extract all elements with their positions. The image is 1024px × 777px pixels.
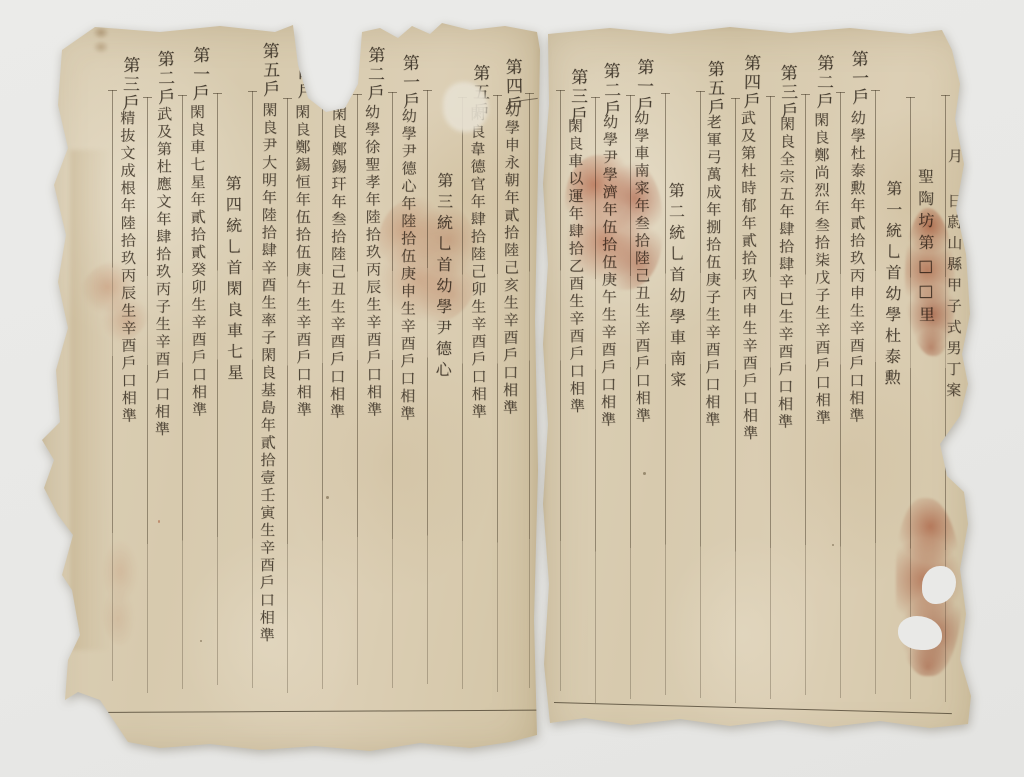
household-text: 幼學杜泰勲年貳拾玖丙申生辛酉戶口相準 xyxy=(848,110,865,425)
right-sheet-paper: 月 日蔚山縣甲子式男丁案 聖陶坊第□□里 第一統乚首幼學杜泰勲 第一戶 幼學杜泰… xyxy=(540,24,980,750)
red-seal-tong3 xyxy=(378,198,478,322)
household-text: 幼學申永朝年貳拾陸己亥生辛酉戶口相準 xyxy=(502,102,519,417)
tong-header-column: 第一統乚首幼學杜泰勲 xyxy=(883,180,901,390)
household-label: 第一戶 xyxy=(634,58,652,115)
household-label: 第三戶 xyxy=(330,50,348,107)
household-label: 第一戶 xyxy=(400,54,418,111)
household-text: 閑良尹大明年陸拾肆辛酉生率子閑良基島年貳拾壹壬寅生辛酉戶口相準 xyxy=(259,102,277,645)
ink-speck xyxy=(643,472,646,475)
household-label: 第五戶 xyxy=(260,42,278,99)
household-text: 武及第杜應文年肆拾玖丙子生辛酉戶口相準 xyxy=(154,106,171,439)
ink-speck xyxy=(326,496,329,499)
tong-header-column: 第四統乚首閑良車七星 xyxy=(224,175,242,385)
household-text: 閑良全宗五年肆拾肆辛巳生辛酉戶口相準 xyxy=(777,116,794,431)
household-label: 第五戶 xyxy=(705,60,723,117)
household-text: 閑良鄭尚烈年叁拾柒戊子生辛酉戶口相準 xyxy=(813,112,830,427)
red-speck xyxy=(158,520,160,523)
ink-speck xyxy=(200,640,202,642)
faint-corner-mark xyxy=(90,26,112,56)
household-label: 第二戶 xyxy=(814,54,832,111)
household-label: 第三戶 xyxy=(120,56,138,113)
red-seal-tong2 xyxy=(565,155,662,290)
household-label: 第二戶 xyxy=(601,62,619,119)
household-text: 閑良鄭錫玕年叁拾陸己丑生辛酉戶口相準 xyxy=(329,106,346,421)
household-label: 第一戶 xyxy=(190,46,208,103)
scanned-household-register: 月 日蔚山縣甲子式男丁案 聖陶坊第□□里 第一統乚首幼學杜泰勲 第一戶 幼學杜泰… xyxy=(0,0,1024,777)
household-label: 第三戶 xyxy=(568,68,586,125)
household-label: 第二戶 xyxy=(155,50,173,107)
tong-header-column: 第二統乚首幼學車南寀 xyxy=(667,182,685,392)
household-text: 閑良鄭錫恒年伍拾伍庚午生辛酉戶口相準 xyxy=(294,104,311,419)
left-sheet: 第四戶 幼學申永朝年貳拾陸己亥生辛酉戶口相準 第五戶 閑良韋德官年肆拾陸己卯生辛… xyxy=(40,20,540,758)
household-label: 第一戶 xyxy=(849,50,867,107)
household-label: 第二戶 xyxy=(365,46,383,103)
household-text: 武及第杜時郁年貳拾玖丙申生辛酉戶口相準 xyxy=(740,110,757,443)
household-text: 閑良車七星年貳拾貳癸卯生辛酉戶口相準 xyxy=(189,104,206,419)
household-label: 第四戶 xyxy=(295,44,313,101)
left-sheet-paper: 第四戶 幼學申永朝年貳拾陸己亥生辛酉戶口相準 第五戶 閑良韋德官年肆拾陸己卯生辛… xyxy=(40,20,540,758)
household-label: 第四戶 xyxy=(741,54,759,111)
right-sheet: 月 日蔚山縣甲子式男丁案 聖陶坊第□□里 第一統乚首幼學杜泰勲 第一戶 幼學杜泰… xyxy=(540,24,980,750)
ink-speck xyxy=(832,544,834,546)
red-smudge-lower xyxy=(100,540,140,645)
surface-damage-patch xyxy=(443,82,488,132)
household-label: 第三戶 xyxy=(778,64,796,121)
household-text: 老軍弓萬成年捌拾伍庚子生辛酉戶口相準 xyxy=(704,114,721,429)
